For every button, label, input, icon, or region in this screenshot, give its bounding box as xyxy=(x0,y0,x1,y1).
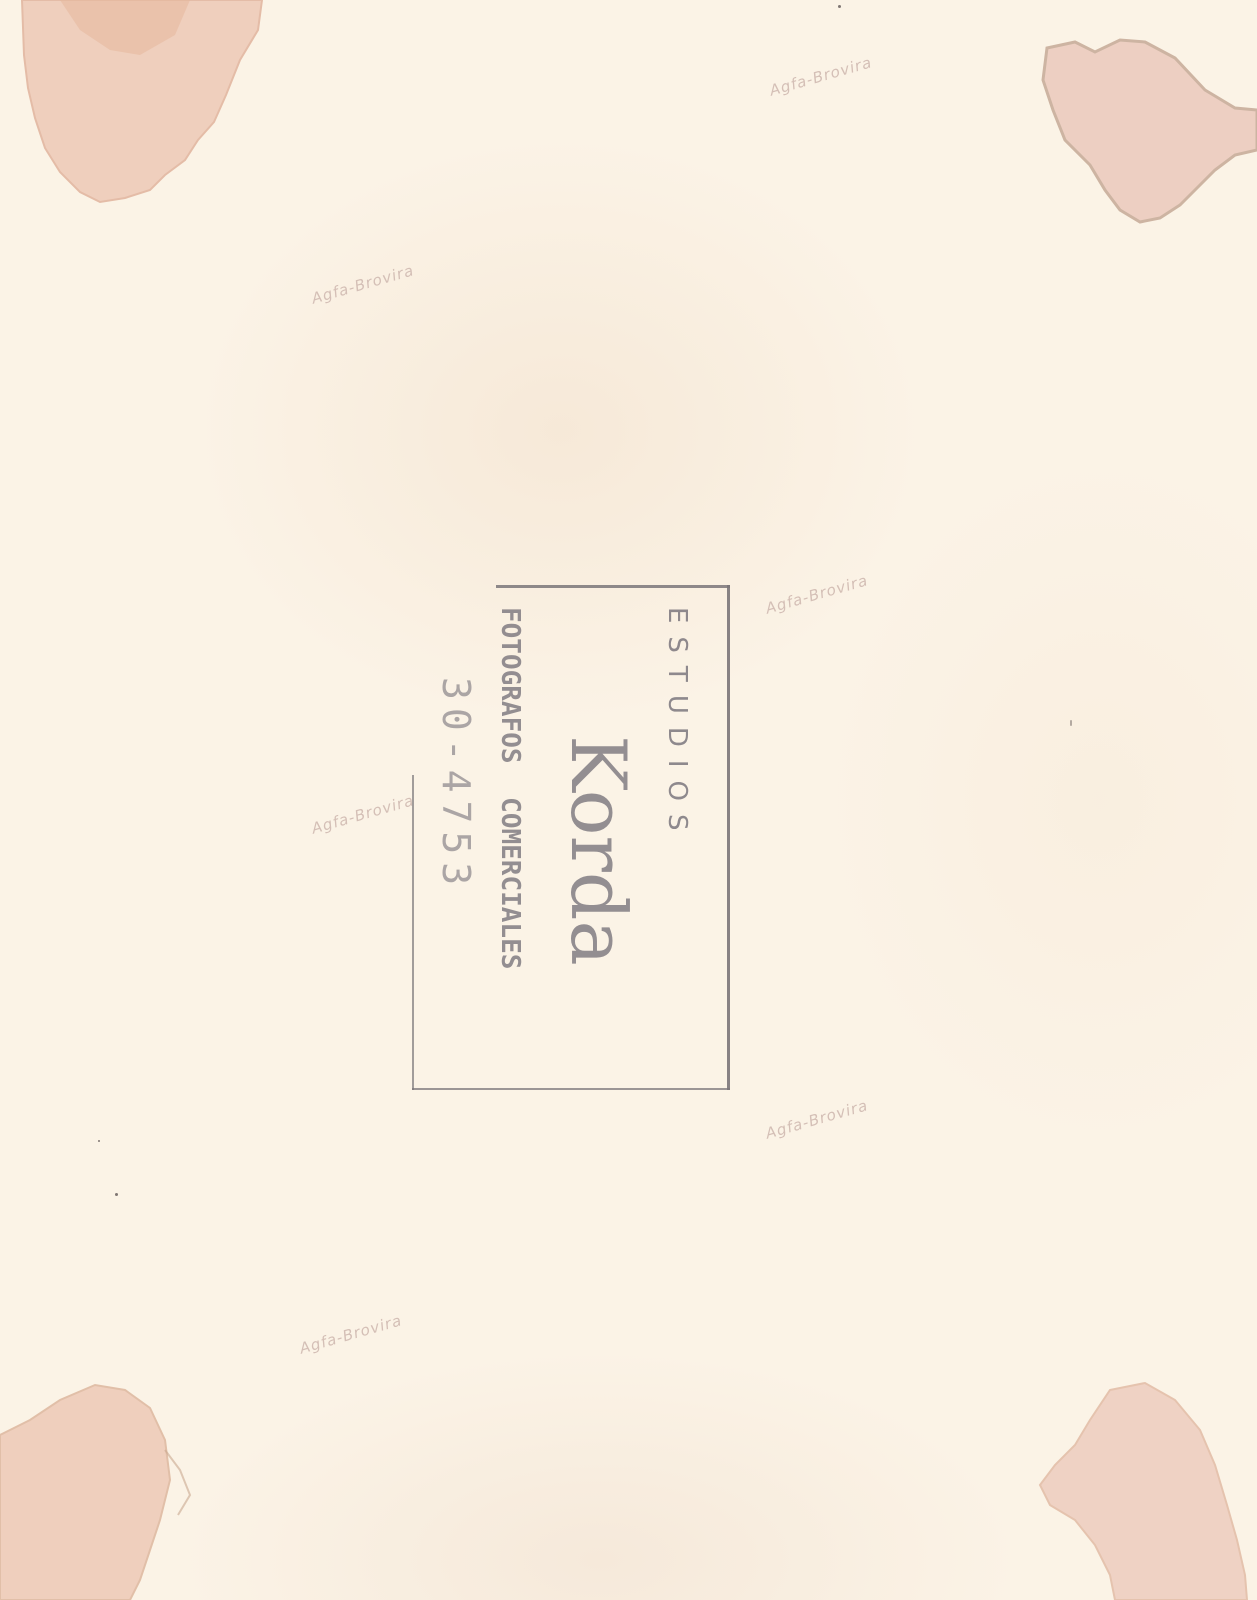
corner-stain-bottom-right xyxy=(1015,1375,1257,1600)
studio-stamp: ESTUDIOS Korda FOTOGRAFOS COMERCIALES 30… xyxy=(412,585,730,1090)
stamp-border-top xyxy=(496,585,730,588)
watermark-agfa-brovira: Agfa-Brovira xyxy=(768,53,875,99)
corner-stain-bottom-left xyxy=(0,1380,200,1600)
watermark-agfa-brovira: Agfa-Brovira xyxy=(298,1311,405,1357)
stamp-border-left xyxy=(412,775,414,1090)
stamp-tagline: FOTOGRAFOS COMERCIALES xyxy=(495,607,525,969)
dust-speck xyxy=(115,1193,118,1196)
stamp-border-bottom xyxy=(412,1088,730,1090)
watermark-agfa-brovira: Agfa-Brovira xyxy=(310,791,417,837)
stamp-phone-number: 30-4753 xyxy=(434,677,478,893)
watermark-agfa-brovira: Agfa-Brovira xyxy=(764,571,871,617)
dust-speck xyxy=(98,1140,100,1142)
watermark-agfa-brovira: Agfa-Brovira xyxy=(764,1096,871,1142)
corner-stain-top-right xyxy=(1035,30,1257,225)
dust-speck xyxy=(838,5,841,8)
dust-speck xyxy=(1070,720,1072,726)
stamp-studio-name: Korda xyxy=(560,735,636,966)
corner-stain-top-left xyxy=(0,0,290,215)
stamp-studios-label: ESTUDIOS xyxy=(662,607,692,844)
stamp-border-right xyxy=(727,585,730,1090)
watermark-agfa-brovira: Agfa-Brovira xyxy=(310,261,417,307)
